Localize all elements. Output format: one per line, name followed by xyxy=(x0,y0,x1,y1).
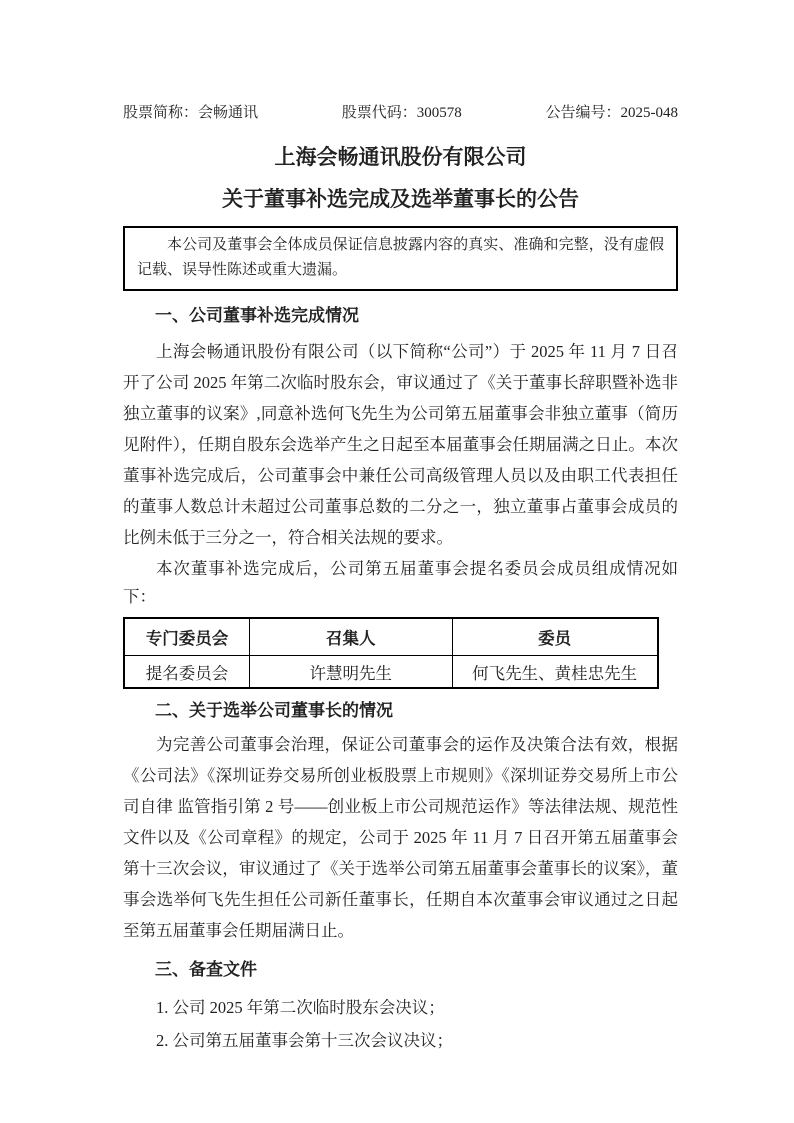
announcement-page: 股票简称：会畅通讯 股票代码：300578 公告编号：2025-048 上海会畅… xyxy=(0,0,794,1123)
table-cell-convener: 许慧明先生 xyxy=(249,656,452,689)
company-name-title: 上海会畅通讯股份有限公司 xyxy=(123,142,678,172)
stock-info-bar: 股票简称：会畅通讯 股票代码：300578 公告编号：2025-048 xyxy=(123,103,678,124)
table-lead-in-paragraph: 本次董事补选完成后，公司第五届董事会提名委员会成员组成情况如下： xyxy=(123,555,678,611)
reference-document-item-1: 1. 公司 2025 年第二次临时股东会决议； xyxy=(123,992,678,1023)
nomination-committee-table: 专门委员会 召集人 委员 提名委员会 许慧明先生 何飞先生、黄桂忠先生 xyxy=(123,617,659,689)
announcement-number: 公告编号：2025-048 xyxy=(546,103,679,124)
table-header-convener: 召集人 xyxy=(249,618,452,656)
disclaimer-text: 本公司及董事会全体成员保证信息披露内容的真实、准确和完整，没有虚假记载、误导性陈… xyxy=(137,233,664,283)
section-2-paragraph: 为完善公司董事会治理，保证公司董事会的运作及决策合法有效，根据《公司法》《深圳证… xyxy=(123,729,678,946)
stock-short-name: 股票简称：会畅通讯 xyxy=(123,103,258,124)
table-header-members: 委员 xyxy=(452,618,657,656)
table-row: 提名委员会 许慧明先生 何飞先生、黄桂忠先生 xyxy=(124,656,658,689)
section-2-heading: 二、关于选举公司董事长的情况 xyxy=(123,699,678,723)
section-1-heading: 一、公司董事补选完成情况 xyxy=(123,304,678,328)
section-3-heading: 三、备查文件 xyxy=(123,958,678,982)
table-header-row: 专门委员会 召集人 委员 xyxy=(124,618,658,656)
table-header-committee: 专门委员会 xyxy=(124,618,249,656)
section-1-paragraph: 上海会畅通讯股份有限公司（以下简称“公司”）于 2025 年 11 月 7 日召… xyxy=(123,336,678,553)
table-cell-committee: 提名委员会 xyxy=(124,656,249,689)
stock-code: 股票代码：300578 xyxy=(342,103,462,124)
disclaimer-box: 本公司及董事会全体成员保证信息披露内容的真实、准确和完整，没有虚假记载、误导性陈… xyxy=(123,226,678,291)
reference-document-item-2: 2. 公司第五届董事会第十三次会议决议； xyxy=(123,1025,678,1056)
announcement-title: 关于董事补选完成及选举董事长的公告 xyxy=(123,184,678,214)
table-cell-members: 何飞先生、黄桂忠先生 xyxy=(452,656,657,689)
